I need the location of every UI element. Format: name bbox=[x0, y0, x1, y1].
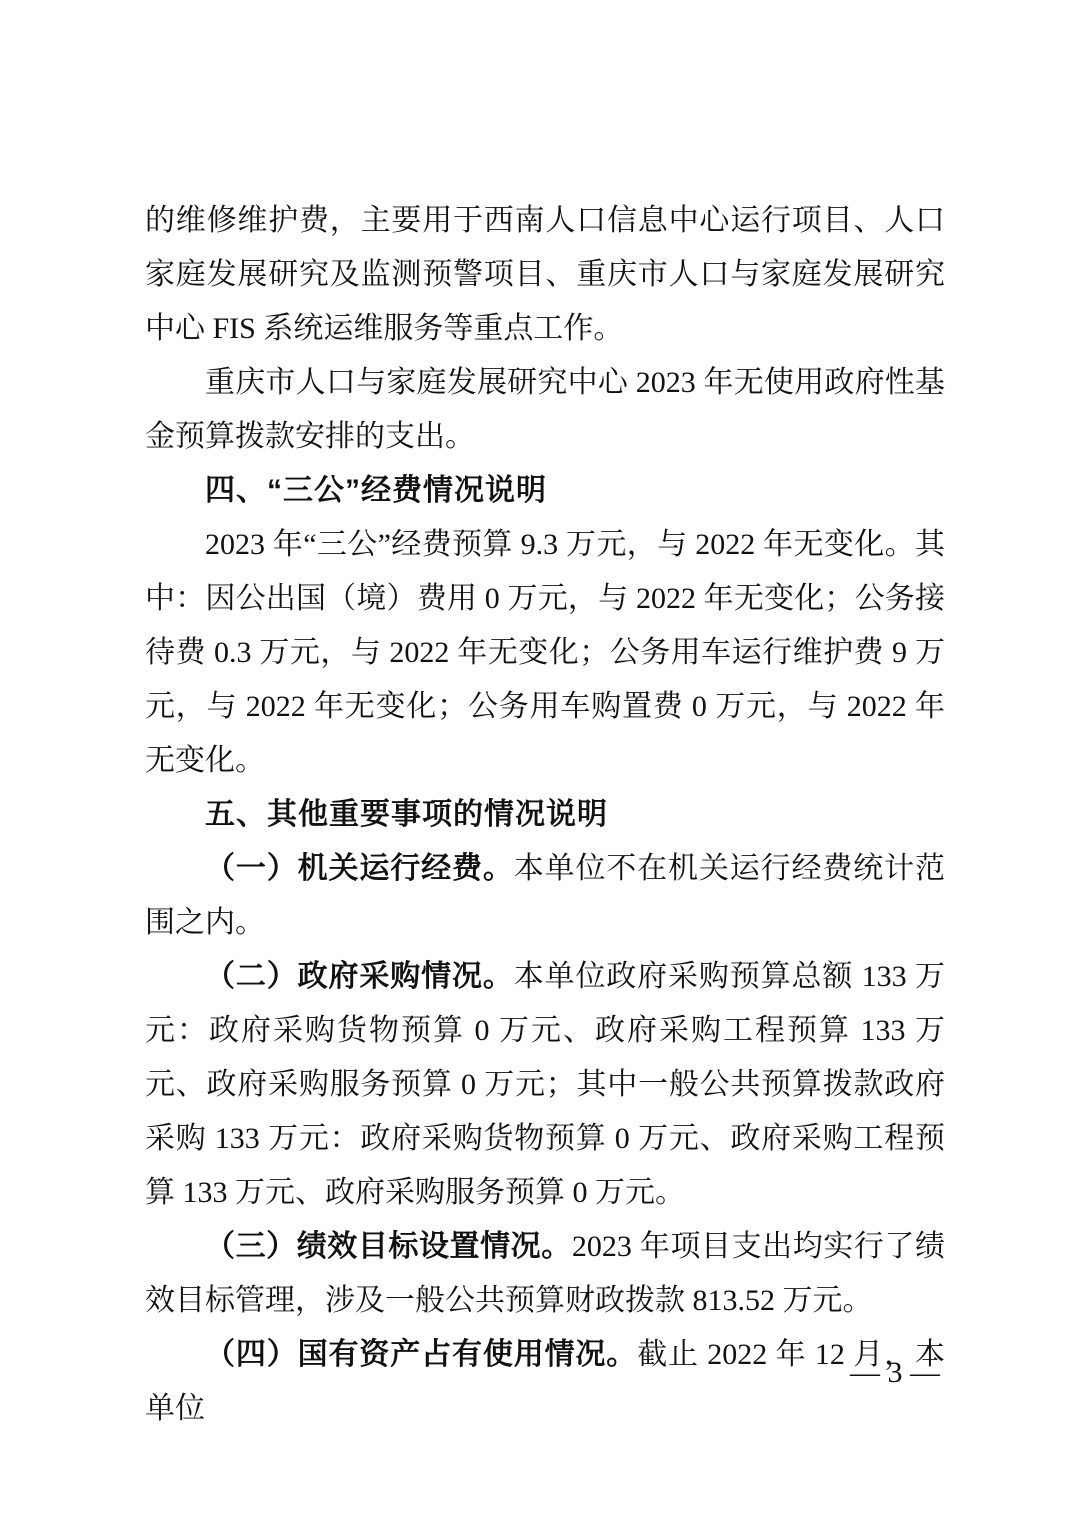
paragraph-item-4-lead: （四）国有资产占有使用情况。 bbox=[205, 1338, 637, 1371]
page-number: — 3 — bbox=[850, 1346, 940, 1400]
paragraph-sangong-expense-details: 2023 年“三公”经费预算 9.3 万元，与 2022 年无变化。其中：因公出… bbox=[145, 518, 945, 788]
paragraph-no-government-fund-expenditure: 重庆市人口与家庭发展研究中心 2023 年无使用政府性基金预算拨款安排的支出。 bbox=[145, 356, 945, 464]
document-body: 的维修维护费，主要用于西南人口信息中心运行项目、人口家庭发展研究及监测预警项目、… bbox=[145, 194, 945, 1436]
paragraph-item-4-state-owned-assets: （四）国有资产占有使用情况。截止 2022 年 12 月，本单位 bbox=[145, 1328, 945, 1436]
paragraph-item-1-lead: （一）机关运行经费。 bbox=[205, 852, 514, 885]
paragraph-item-3-performance-targets: （三）绩效目标设置情况。2023 年项目支出均实行了绩效目标管理，涉及一般公共预… bbox=[145, 1220, 945, 1328]
section-heading-five-other-important-matters: 五、其他重要事项的情况说明 bbox=[145, 788, 945, 842]
paragraph-item-2-government-procurement: （二）政府采购情况。本单位政府采购预算总额 133 万元：政府采购货物预算 0 … bbox=[145, 950, 945, 1220]
paragraph-maintenance-funds-continuation: 的维修维护费，主要用于西南人口信息中心运行项目、人口家庭发展研究及监测预警项目、… bbox=[145, 194, 945, 356]
paragraph-item-1-agency-operating-funds: （一）机关运行经费。本单位不在机关运行经费统计范围之内。 bbox=[145, 842, 945, 950]
paragraph-item-2-lead: （二）政府采购情况。 bbox=[205, 960, 514, 993]
document-page: 的维修维护费，主要用于西南人口信息中心运行项目、人口家庭发展研究及监测预警项目、… bbox=[0, 0, 1074, 1520]
paragraph-item-3-lead: （三）绩效目标设置情况。 bbox=[205, 1230, 572, 1263]
paragraph-item-2-body: 本单位政府采购预算总额 133 万元：政府采购货物预算 0 万元、政府采购工程预… bbox=[145, 960, 945, 1209]
section-heading-four-sangong-expenses: 四、“三公”经费情况说明 bbox=[145, 464, 945, 518]
